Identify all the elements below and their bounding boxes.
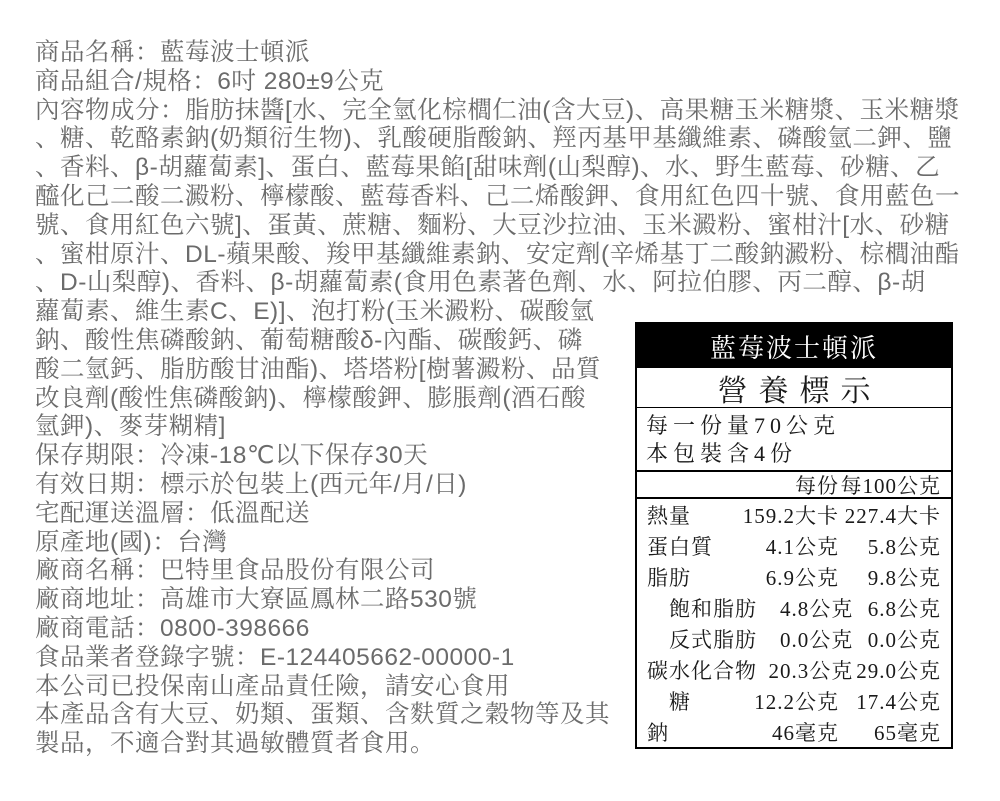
- nutrition-row-sodium: 鈉 46毫克 65毫克: [637, 716, 951, 747]
- row-value-per-100g: 29.0公克: [853, 655, 941, 685]
- product-info-page: 商品名稱：藍莓波士頓派 商品組合/規格：6吋 280±9公克 內容物成分：脂肪抹…: [0, 0, 1000, 801]
- serving-size: 每一份量70公克: [646, 412, 942, 440]
- row-value-per-serving: 20.3公克: [757, 655, 853, 685]
- column-header-per-100g: 每100公克: [839, 470, 941, 500]
- column-header-row: 每份 每100公克: [637, 472, 951, 499]
- ingredients-line: 醯化己二酸二澱粉、檸檬酸、藍莓香料、己二烯酸鉀、食用紅色四十號、食用藍色一: [35, 183, 960, 212]
- nutrition-table-title: 藍莓波士頓派: [637, 324, 951, 368]
- row-label: 熱量: [647, 500, 727, 530]
- ingredients-line: 、糖、乾酪素鈉(奶類衍生物)、乳酸硬脂酸鈉、羥丙基甲基纖維素、磷酸氫二鉀、鹽: [35, 125, 960, 154]
- ingredients-line: 、蜜柑原汁、DL-蘋果酸、羧甲基纖維素鈉、安定劑(辛烯基丁二酸鈉澱粉、棕櫚油酯: [35, 241, 960, 270]
- nutrition-row-saturated-fat: 飽和脂肪 4.8公克 6.8公克: [637, 592, 951, 623]
- product-name-line: 商品名稱：藍莓波士頓派: [35, 39, 960, 68]
- ingredients-line: 內容物成分：脂肪抹醬[水、完全氫化棕櫚仁油(含大豆)、高果糖玉米糖漿、玉米糖漿: [35, 97, 960, 126]
- row-label: 碳水化合物: [647, 655, 757, 685]
- row-value-per-100g: 65毫克: [839, 717, 941, 747]
- row-label: 飽和脂肪: [647, 593, 757, 623]
- nutrition-table: 藍莓波士頓派 營養標示 每一份量70公克 本包裝含4份 每份 每100公克 熱量…: [635, 322, 953, 749]
- row-value-per-serving: 159.2大卡: [727, 500, 839, 530]
- row-label: 反式脂肪: [647, 624, 757, 654]
- row-label: 鈉: [647, 717, 727, 747]
- serving-info: 每一份量70公克 本包裝含4份: [637, 408, 951, 472]
- ingredients-line: 號、食用紅色六號]、蛋黃、蔗糖、麵粉、大豆沙拉油、玉米澱粉、蜜柑汁[水、砂糖: [35, 212, 960, 241]
- row-value-per-100g: 0.0公克: [853, 624, 941, 654]
- row-value-per-100g: 9.8公克: [839, 562, 941, 592]
- row-label: 糖: [647, 686, 727, 716]
- servings-per-pack: 本包裝含4份: [646, 440, 942, 468]
- nutrition-row-sugar: 糖 12.2公克 17.4公克: [637, 685, 951, 716]
- product-spec-line: 商品組合/規格：6吋 280±9公克: [35, 68, 960, 97]
- row-value-per-serving: 6.9公克: [727, 562, 839, 592]
- row-value-per-100g: 5.8公克: [839, 531, 941, 561]
- row-value-per-serving: 0.0公克: [757, 624, 853, 654]
- row-value-per-100g: 17.4公克: [839, 686, 941, 716]
- row-value-per-100g: 6.8公克: [853, 593, 941, 623]
- nutrition-row-fat: 脂肪 6.9公克 9.8公克: [637, 561, 951, 592]
- ingredients-line: 、香料、β-胡蘿蔔素]、蛋白、藍莓果餡[甜味劑(山梨醇)、水、野生藍莓、砂糖、乙: [35, 154, 960, 183]
- nutrition-row-carbohydrate: 碳水化合物 20.3公克 29.0公克: [637, 654, 951, 685]
- row-label: 蛋白質: [647, 531, 727, 561]
- row-value-per-serving: 46毫克: [727, 717, 839, 747]
- row-value-per-serving: 4.1公克: [727, 531, 839, 561]
- row-value-per-serving: 12.2公克: [727, 686, 839, 716]
- ingredients-line: 、D-山梨醇)、香料、β-胡蘿蔔素(食用色素著色劑、水、阿拉伯膠、丙二醇、β-胡: [35, 269, 960, 298]
- row-value-per-100g: 227.4大卡: [839, 500, 941, 530]
- nutrition-facts-heading: 營養標示: [637, 368, 951, 408]
- row-label: 脂肪: [647, 562, 727, 592]
- column-header-per-serving: 每份: [727, 470, 839, 500]
- row-value-per-serving: 4.8公克: [757, 593, 853, 623]
- nutrition-row-protein: 蛋白質 4.1公克 5.8公克: [637, 530, 951, 561]
- nutrition-row-trans-fat: 反式脂肪 0.0公克 0.0公克: [637, 623, 951, 654]
- nutrition-row-calories: 熱量 159.2大卡 227.4大卡: [637, 499, 951, 530]
